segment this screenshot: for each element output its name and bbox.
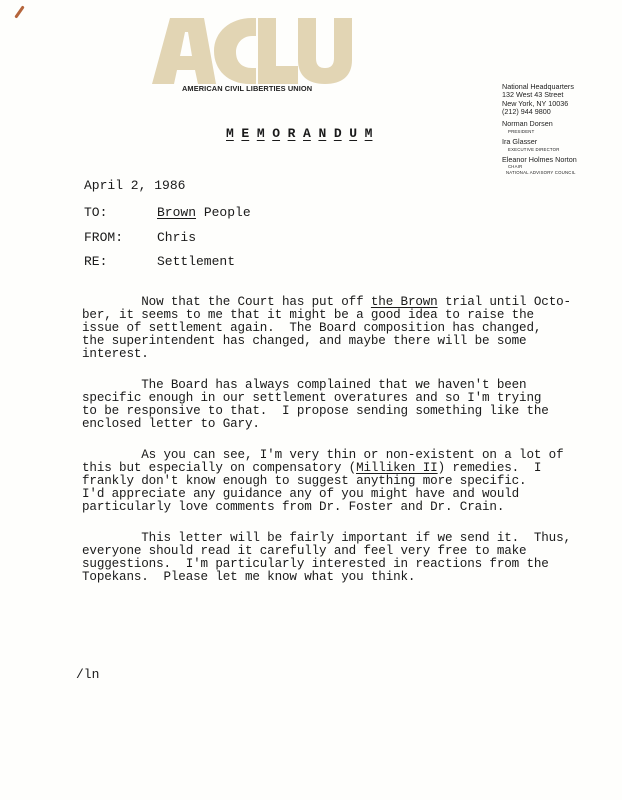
memo-from-row: FROM:Chris	[84, 230, 196, 245]
underlined-text: Brown	[401, 295, 438, 309]
letterhead-address: National Headquarters 132 West 43 Street…	[502, 83, 620, 175]
officer-title: PRESIDENT	[502, 129, 620, 135]
heading-letter: R	[288, 126, 296, 141]
office-phone: (212) 944 9800	[502, 108, 620, 116]
paragraph-3: As you can see, I'm very thin or non-exi…	[82, 449, 562, 514]
paragraph-1: Now that the Court has put off the Brown…	[82, 296, 562, 361]
to-case-name: Brown	[157, 205, 196, 220]
heading-letter: U	[349, 126, 357, 141]
from-value: Chris	[157, 230, 196, 245]
memorandum-heading: MEMORANDUM	[226, 126, 380, 141]
heading-letter: A	[303, 126, 311, 141]
memo-to-row: TO:Brown People	[84, 205, 251, 220]
organization-name: AMERICAN CIVIL LIBERTIES UNION	[182, 84, 312, 93]
overlined-text: anything mo	[356, 474, 437, 488]
to-recipients: People	[196, 205, 251, 220]
aclu-logo-mark	[152, 18, 352, 84]
to-label: TO:	[84, 205, 157, 220]
re-label: RE:	[84, 254, 157, 269]
heading-letter: M	[365, 126, 373, 141]
scan-mark	[14, 5, 24, 18]
officer-title: EXECUTIVE DIRECTOR	[502, 147, 620, 153]
overlined-text: good i	[371, 308, 415, 322]
heading-letter: N	[318, 126, 326, 141]
memo-date: April 2, 1986	[84, 178, 185, 193]
underlined-text: Milliken II	[356, 461, 437, 475]
heading-letter: O	[272, 126, 280, 141]
heading-letter: M	[257, 126, 265, 141]
heading-letter: D	[334, 126, 342, 141]
officer-name: Norman Dorsen	[502, 120, 620, 128]
officer-name: Ira Glasser	[502, 138, 620, 146]
re-value: Settlement	[157, 254, 235, 269]
heading-letter: M	[226, 126, 234, 141]
paragraph-2: The Board has always complained that we …	[82, 379, 562, 431]
paragraph-4: This letter will be fairly important if …	[82, 532, 562, 584]
from-label: FROM:	[84, 230, 157, 245]
heading-letter: E	[241, 126, 249, 141]
officer-name: Eleanor Holmes Norton	[502, 156, 620, 164]
memo-body: Now that the Court has put off the Brown…	[82, 296, 562, 602]
text-run: Now that the Court has put off the	[82, 295, 401, 309]
reference-initials: /ln	[76, 667, 99, 682]
officer-title-council: NATIONAL ADVISORY COUNCIL	[502, 170, 620, 176]
memo-re-row: RE:Settlement	[84, 254, 235, 269]
